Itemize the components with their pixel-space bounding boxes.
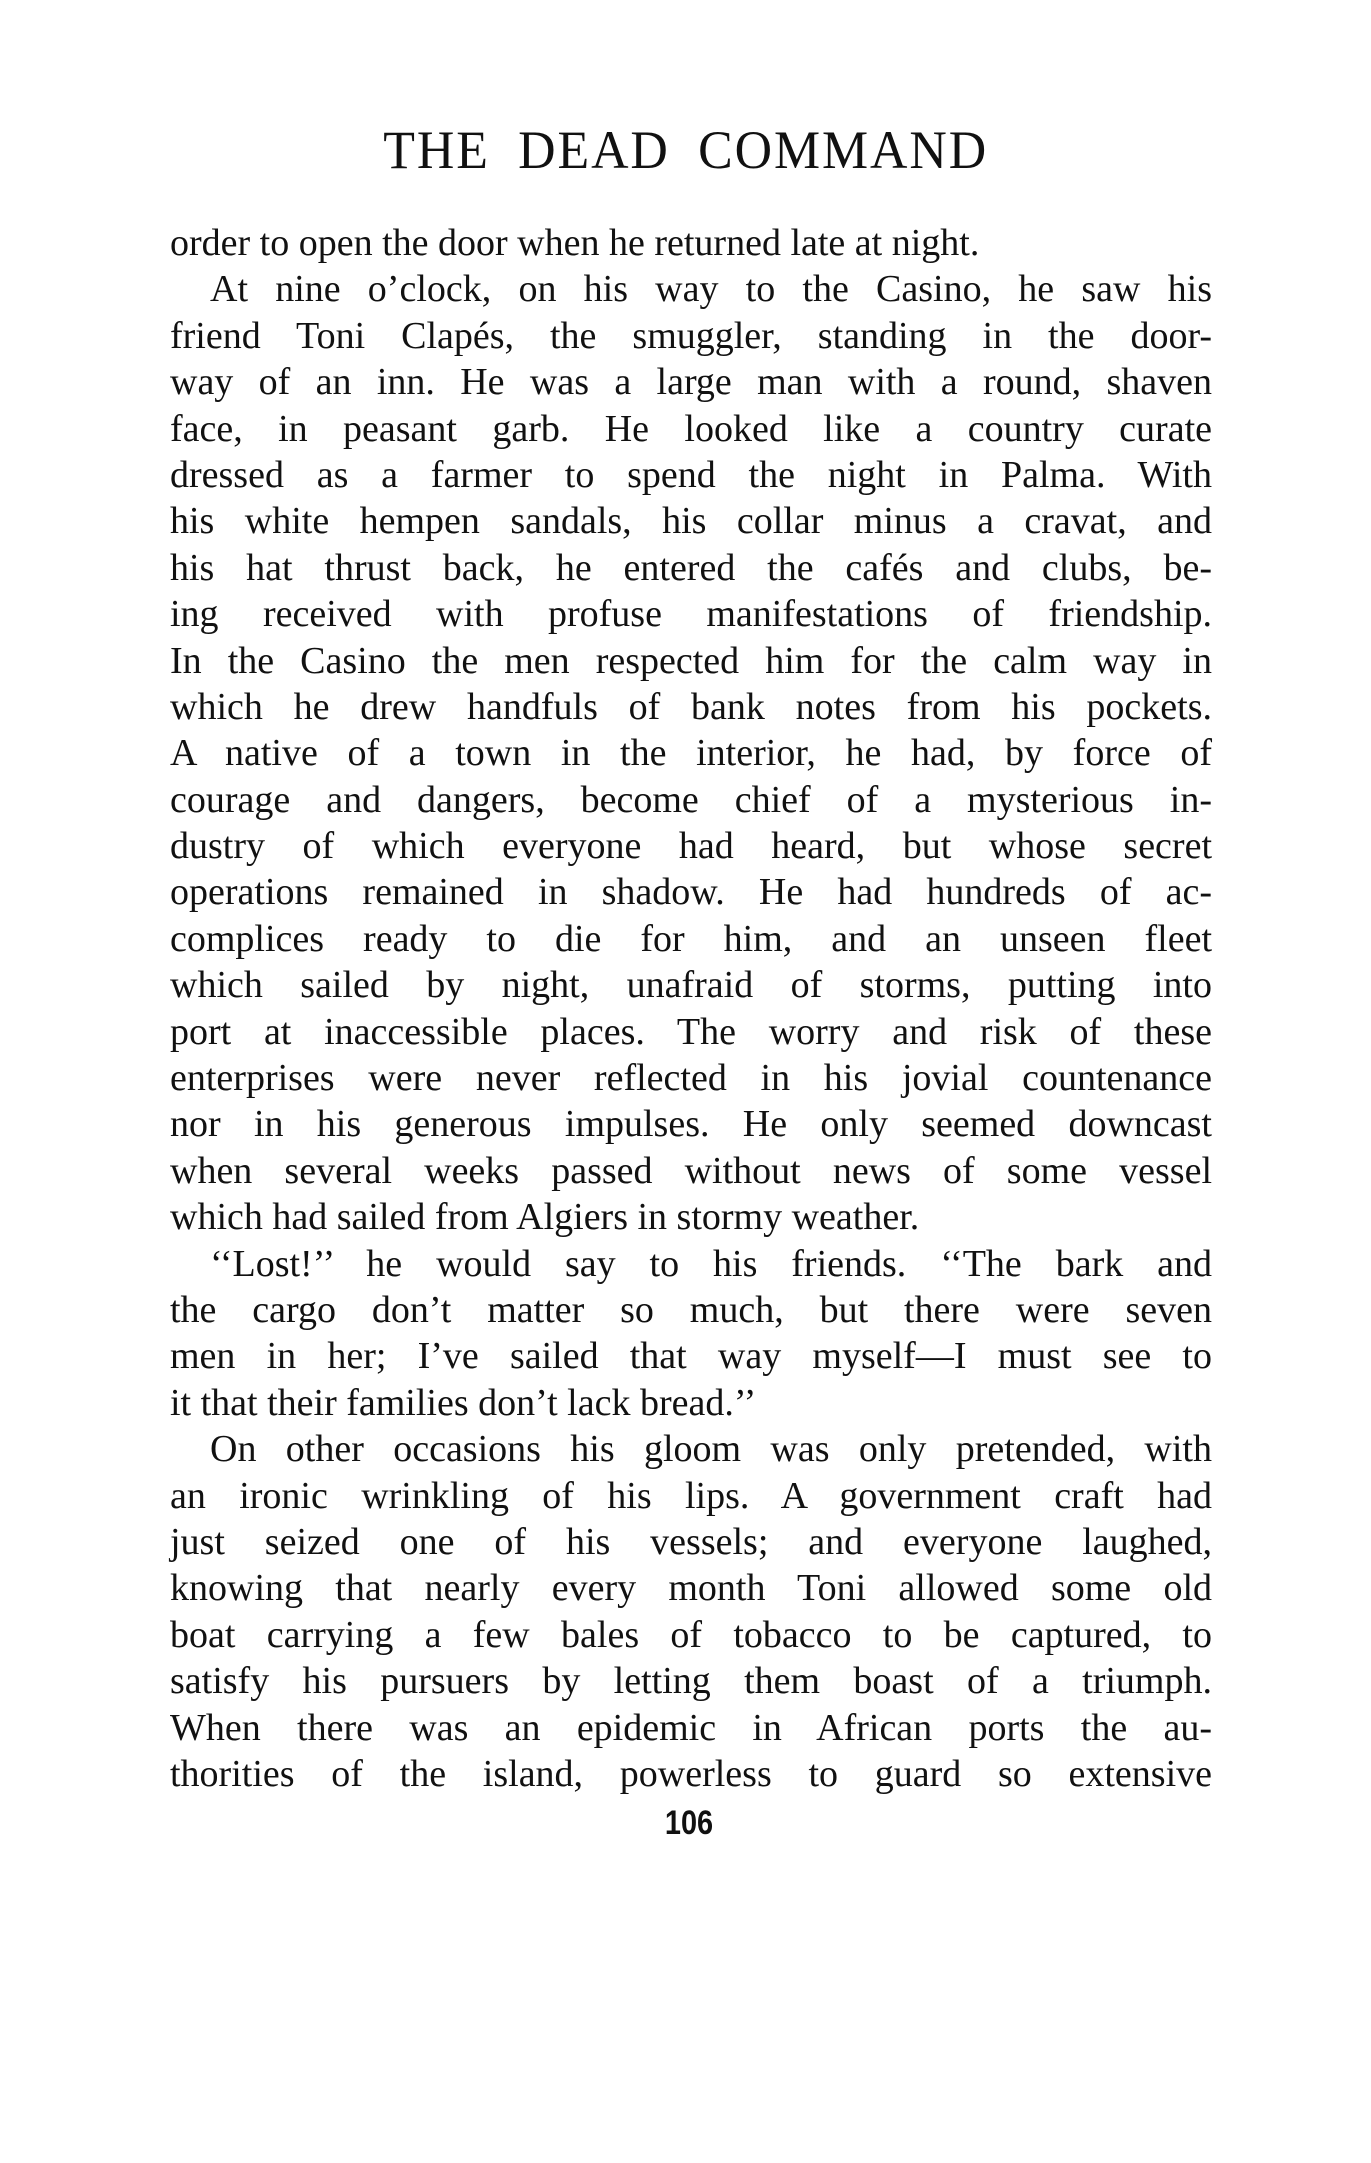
text-line: At nine o’clock, on his way to the Casin… (170, 266, 1212, 312)
text-line-content: dustry of which everyone had heard, but … (170, 823, 1212, 869)
text-line-content: which sailed by night, unafraid of storm… (170, 962, 1212, 1008)
text-line-content: In the Casino the men respected him for … (170, 638, 1212, 684)
text-line-content: nor in his generous impulses. He only se… (170, 1101, 1212, 1147)
text-line-content: At nine o’clock, on his way to the Casin… (210, 266, 1212, 312)
text-line-content: men in her; I’ve sailed that way myself—… (170, 1333, 1212, 1379)
text-line: complices ready to die for him, and an u… (170, 916, 1212, 962)
text-line: ‘‘Lost!’’ he would say to his friends. ‘… (170, 1241, 1212, 1287)
text-line: his white hempen sandals, his collar min… (170, 498, 1212, 544)
text-line: just seized one of his vessels; and ever… (170, 1519, 1212, 1565)
text-line: which he drew handfuls of bank notes fro… (170, 684, 1212, 730)
text-line-content: courage and dangers, become chief of a m… (170, 777, 1212, 823)
text-line: nor in his generous impulses. He only se… (170, 1101, 1212, 1147)
text-line: dressed as a farmer to spend the night i… (170, 452, 1212, 498)
text-line-content: way of an inn. He was a large man with a… (170, 359, 1212, 405)
text-line-content: On other occasions his gloom was only pr… (210, 1426, 1212, 1472)
text-line: On other occasions his gloom was only pr… (170, 1426, 1212, 1472)
page-number: 106 (106, 1803, 1271, 1843)
text-line-content: when several weeks passed without news o… (170, 1148, 1212, 1194)
text-line: when several weeks passed without news o… (170, 1148, 1212, 1194)
text-line-content: complices ready to die for him, and an u… (170, 916, 1212, 962)
text-line: which had sailed from Algiers in stormy … (170, 1194, 1212, 1240)
text-line-content: operations remained in shadow. He had hu… (170, 869, 1212, 915)
text-line: enterprises were never reflected in his … (170, 1055, 1212, 1101)
text-line: dustry of which everyone had heard, but … (170, 823, 1212, 869)
text-line: the cargo don’t matter so much, but ther… (170, 1287, 1212, 1333)
text-line-content: enterprises were never reflected in his … (170, 1055, 1212, 1101)
text-line: way of an inn. He was a large man with a… (170, 359, 1212, 405)
text-line-content: thorities of the island, powerless to gu… (170, 1751, 1212, 1797)
text-line: friend Toni Clapés, the smuggler, standi… (170, 313, 1212, 359)
text-line-content: his white hempen sandals, his collar min… (170, 498, 1212, 544)
running-head: THE DEAD COMMAND (28, 118, 1344, 182)
text-line: his hat thrust back, he entered the café… (170, 545, 1212, 591)
text-line-content: just seized one of his vessels; and ever… (170, 1519, 1212, 1565)
text-line-content: face, in peasant garb. He looked like a … (170, 406, 1212, 452)
text-line: When there was an epidemic in African po… (170, 1705, 1212, 1751)
text-line-content: ing received with profuse manifestations… (170, 591, 1212, 637)
text-line: which sailed by night, unafraid of storm… (170, 962, 1212, 1008)
text-line: face, in peasant garb. He looked like a … (170, 406, 1212, 452)
text-line: operations remained in shadow. He had hu… (170, 869, 1212, 915)
text-line-content: an ironic wrinkling of his lips. A gover… (170, 1473, 1212, 1519)
text-line-content: friend Toni Clapés, the smuggler, standi… (170, 313, 1212, 359)
text-line-content: satisfy his pursuers by letting them boa… (170, 1658, 1212, 1704)
text-line: an ironic wrinkling of his lips. A gover… (170, 1473, 1212, 1519)
text-line: ing received with profuse manifestations… (170, 591, 1212, 637)
text-line-content: the cargo don’t matter so much, but ther… (170, 1287, 1212, 1333)
text-line-content: his hat thrust back, he entered the café… (170, 545, 1212, 591)
text-line-content: port at inaccessible places. The worry a… (170, 1009, 1212, 1055)
text-line-content: When there was an epidemic in African po… (170, 1705, 1212, 1751)
text-line-content: knowing that nearly every month Toni all… (170, 1565, 1212, 1611)
text-line: knowing that nearly every month Toni all… (170, 1565, 1212, 1611)
text-line-content: boat carrying a few bales of tobacco to … (170, 1612, 1212, 1658)
book-page: THE DEAD COMMAND order to open the door … (0, 0, 1371, 2163)
text-line-content: A native of a town in the interior, he h… (170, 730, 1212, 776)
text-line: satisfy his pursuers by letting them boa… (170, 1658, 1212, 1704)
text-line-content: dressed as a farmer to spend the night i… (170, 452, 1212, 498)
text-line-content: order to open the door when he returned … (170, 220, 1212, 266)
text-line: boat carrying a few bales of tobacco to … (170, 1612, 1212, 1658)
text-line: order to open the door when he returned … (170, 220, 1212, 266)
text-line: A native of a town in the interior, he h… (170, 730, 1212, 776)
text-line-content: ‘‘Lost!’’ he would say to his friends. ‘… (210, 1241, 1212, 1287)
text-line-content: which he drew handfuls of bank notes fro… (170, 684, 1212, 730)
text-line-content: which had sailed from Algiers in stormy … (170, 1194, 1212, 1240)
text-line: courage and dangers, become chief of a m… (170, 777, 1212, 823)
text-line: port at inaccessible places. The worry a… (170, 1009, 1212, 1055)
text-line: thorities of the island, powerless to gu… (170, 1751, 1212, 1797)
text-line: In the Casino the men respected him for … (170, 638, 1212, 684)
text-line: men in her; I’ve sailed that way myself—… (170, 1333, 1212, 1379)
text-line-content: it that their families don’t lack bread.… (170, 1380, 1212, 1426)
text-line: it that their families don’t lack bread.… (170, 1380, 1212, 1426)
body-text: order to open the door when he returned … (170, 220, 1212, 1797)
